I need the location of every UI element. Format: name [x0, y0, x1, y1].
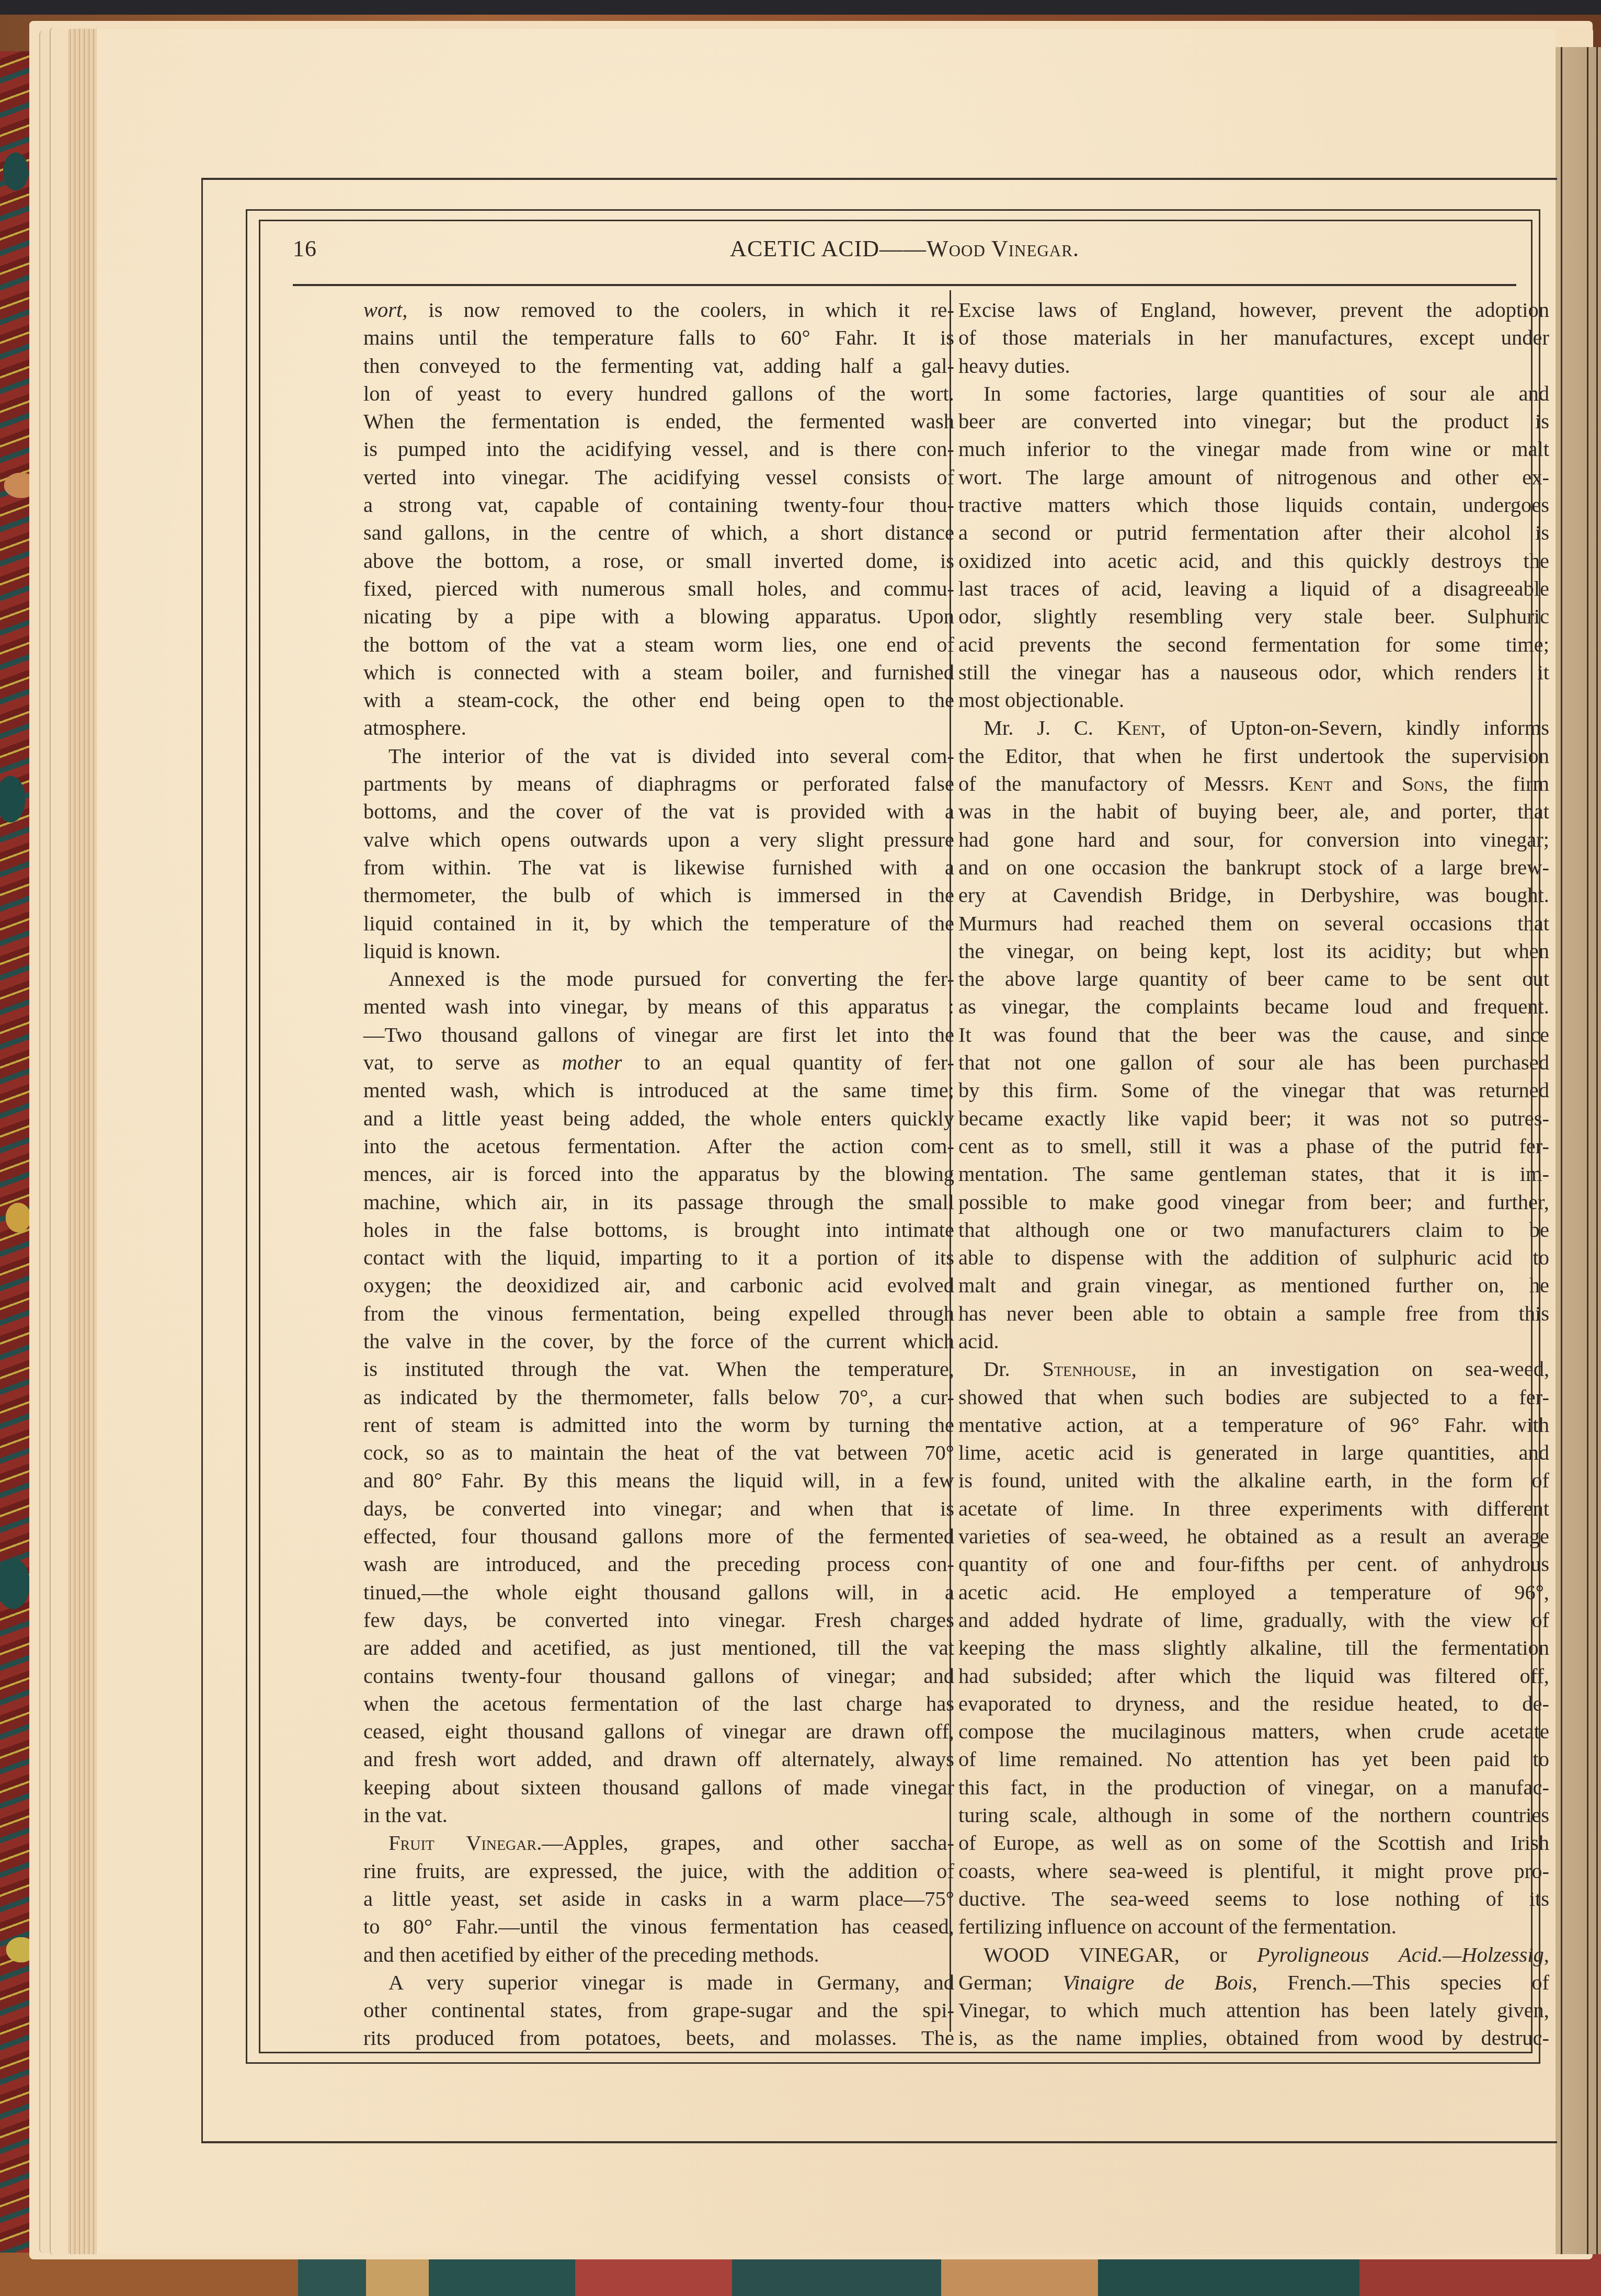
text-line: then conveyed to the fermenting vat, add… [363, 352, 954, 380]
text-line: thermometer, the bulb of which is immers… [363, 881, 954, 909]
italic-text: Vinaigre de Bois [1062, 1971, 1252, 1994]
line-text: —Two thousand gallons of vinegar are fir… [363, 1023, 954, 1047]
line-text: A very superior vinegar is made in Germa… [388, 1971, 954, 1994]
text-line: was in the habit of buying beer, ale, an… [958, 798, 1549, 825]
line-text: and [1332, 772, 1402, 795]
line-text: German; [958, 1971, 1062, 1994]
line-text: had gone hard and sour, for conversion i… [958, 828, 1549, 851]
text-line: that not one gallon of sour ale has been… [958, 1049, 1549, 1076]
text-line: liquid is known. [363, 937, 954, 965]
text-line: that although one or two manufacturers c… [958, 1216, 1549, 1244]
line-text: ery at Cavendish Bridge, in Derbyshire, … [958, 883, 1549, 907]
line-text: coasts, where sea-weed is plentiful, it … [958, 1859, 1549, 1883]
text-line: and fresh wort added, and drawn off alte… [363, 1745, 954, 1773]
line-text: oxidized into acetic acid, and this quic… [958, 549, 1549, 573]
line-text: keeping the mass slightly alkaline, till… [958, 1636, 1549, 1660]
text-line: lime, acetic acid is generated in large … [958, 1439, 1549, 1467]
line-text: rits produced from potatoes, beets, and … [363, 2026, 954, 2050]
running-head-title: ACETIC ACID——Wood Vinegar. [293, 235, 1516, 262]
line-text: rent of steam is admitted into the worm … [363, 1413, 954, 1437]
text-line: able to dispense with the addition of su… [958, 1244, 1549, 1271]
line-text: most objectionable. [958, 688, 1124, 712]
line-text: When the fermentation is ended, the ferm… [363, 410, 954, 433]
line-text: wort. The large amount of nitrogenous an… [958, 465, 1549, 489]
text-line: quantity of one and four-fifths per cent… [958, 1550, 1549, 1578]
line-text: the Editor, that when he first undertook… [958, 744, 1549, 768]
line-text: oxygen; the deoxidized air, and carbonic… [363, 1274, 954, 1297]
italic-text: mother [562, 1051, 622, 1074]
line-text: had subsided; after which the liquid was… [958, 1664, 1549, 1688]
text-line: a second or putrid fermentation after th… [958, 519, 1549, 547]
line-text: mains until the temperature falls to 60°… [363, 326, 954, 349]
line-text: , French.—This species of [1252, 1971, 1549, 1994]
line-text: in the vat. [363, 1803, 448, 1827]
text-line: and a little yeast being added, the whol… [363, 1105, 954, 1132]
text-line: verted into vinegar. The acidifying vess… [363, 463, 954, 491]
text-line: above the bottom, a rose, or small inver… [363, 547, 954, 575]
text-line: odor, slightly resembling very stale bee… [958, 603, 1549, 630]
text-line: cent as to smell, still it was a phase o… [958, 1132, 1549, 1160]
line-text: ceased, eight thousand gallons of vinega… [363, 1720, 954, 1743]
text-line: atmosphere. [363, 714, 954, 742]
text-line: Mr. J. C. Kent, of Upton-on-Severn, kind… [958, 714, 1549, 742]
line-text: that not one gallon of sour ale has been… [958, 1051, 1549, 1074]
text-line: mences, air is forced into the apparatus… [363, 1160, 954, 1188]
small-caps-name: Kent [1289, 772, 1333, 795]
line-text: odor, slightly resembling very stale bee… [958, 605, 1549, 628]
text-line: are added and acetified, as just mention… [363, 1634, 954, 1662]
line-text: and 80° Fahr. By this means the liquid w… [363, 1469, 954, 1492]
text-line: evaporated to dryness, and the residue h… [958, 1690, 1549, 1718]
text-line: ceased, eight thousand gallons of vinega… [363, 1718, 954, 1745]
text-line: liquid contained in it, by which the tem… [363, 910, 954, 937]
text-line: much inferior to the vinegar made from w… [958, 435, 1549, 463]
line-text: Murmurs had reached them on several occa… [958, 912, 1549, 935]
line-text: a second or putrid fermentation after th… [958, 521, 1549, 544]
text-line: mains until the temperature falls to 60°… [363, 324, 954, 351]
line-text: contact with the liquid, imparting to it… [363, 1246, 954, 1269]
line-text: is now removed to the coolers, in which … [407, 298, 954, 322]
line-text: is pumped into the acidifying vessel, an… [363, 437, 954, 461]
line-text: nicating by a pipe with a blowing appara… [363, 605, 954, 628]
line-text: showed that when such bodies are subject… [958, 1385, 1549, 1409]
line-text: beer are converted into vinegar; but the… [958, 410, 1549, 433]
text-line: cock, so as to maintain the heat of the … [363, 1439, 954, 1467]
text-line: In some factories, large quantities of s… [958, 380, 1549, 407]
text-line: has never been able to obtain a sample f… [958, 1300, 1549, 1327]
text-line: of the manufactory of Messrs. Kent and S… [958, 770, 1549, 798]
text-line: ery at Cavendish Bridge, in Derbyshire, … [958, 881, 1549, 909]
line-text: mentation. The same gentleman states, th… [958, 1162, 1549, 1186]
line-text: mentative action, at a temperature of 96… [958, 1413, 1549, 1437]
text-line: showed that when such bodies are subject… [958, 1383, 1549, 1411]
line-text: holes in the false bottoms, is brought i… [363, 1218, 954, 1242]
line-text: a little yeast, set aside in casks in a … [363, 1887, 954, 1911]
text-line: ductive. The sea-weed seems to lose noth… [958, 1885, 1549, 1913]
text-line: fertilizing influence on account of the … [958, 1913, 1549, 1940]
text-line: tinued,—the whole eight thousand gallons… [363, 1578, 954, 1606]
text-line: acid. [958, 1327, 1549, 1355]
text-line: effected, four thousand gallons more of … [363, 1522, 954, 1550]
line-text: the bottom of the vat a steam worm lies,… [363, 633, 954, 656]
line-text: mented wash into vinegar, by means of th… [363, 995, 954, 1018]
text-line: is pumped into the acidifying vessel, an… [363, 435, 954, 463]
text-line: other continental states, from grape-sug… [363, 1996, 954, 2024]
text-line: acid prevents the second fermentation fo… [958, 631, 1549, 658]
text-line: last traces of acid, leaving a liquid of… [958, 575, 1549, 603]
line-text: from within. The vat is likewise furnish… [363, 856, 954, 879]
line-text: was in the habit of buying beer, ale, an… [958, 800, 1549, 823]
line-text: tractive matters which those liquids con… [958, 493, 1549, 517]
text-line: and added hydrate of lime, gradually, wi… [958, 1606, 1549, 1634]
running-head-separator: —— [879, 236, 927, 262]
text-line: tractive matters which those liquids con… [958, 491, 1549, 519]
text-line: It was found that the beer was the cause… [958, 1021, 1549, 1049]
small-caps-name: Sons [1402, 772, 1443, 795]
text-line: mented wash into vinegar, by means of th… [363, 993, 954, 1020]
text-line: days, be converted into vinegar; and whe… [363, 1495, 954, 1522]
line-text: this fact, in the production of vinegar,… [958, 1776, 1549, 1799]
line-text: a strong vat, capable of containing twen… [363, 493, 954, 517]
text-line: Murmurs had reached them on several occa… [958, 910, 1549, 937]
line-text: as vinegar, the complaints became loud a… [958, 995, 1549, 1018]
line-text: acetate of lime. In three experiments wi… [958, 1497, 1549, 1520]
text-line: lon of yeast to every hundred gallons of… [363, 380, 954, 407]
line-text: It was found that the beer was the cause… [958, 1023, 1549, 1047]
text-line: a little yeast, set aside in casks in a … [363, 1885, 954, 1913]
italic-text: Pyroligneous Acid.—Holzessig [1257, 1943, 1544, 1967]
line-text: WOOD VINEGAR, or [984, 1943, 1257, 1967]
text-line: turing scale, although in some of the no… [958, 1801, 1549, 1829]
text-line: varieties of sea-weed, he obtained as a … [958, 1522, 1549, 1550]
text-line: acetate of lime. In three experiments wi… [958, 1495, 1549, 1522]
line-text: quantity of one and four-fifths per cent… [958, 1552, 1549, 1576]
line-text: rine fruits, are expressed, the juice, w… [363, 1859, 954, 1883]
line-text: liquid contained in it, by which the tem… [363, 912, 954, 935]
text-line: Annexed is the mode pursued for converti… [363, 965, 954, 993]
text-line: vat, to serve as mother to an equal quan… [363, 1049, 954, 1076]
running-head-suffix: Wood Vinegar. [927, 236, 1079, 262]
text-line: sand gallons, in the centre of which, a … [363, 519, 954, 547]
line-text: atmosphere. [363, 716, 466, 740]
text-line: most objectionable. [958, 686, 1549, 714]
line-text: by this firm. Some of the vinegar that w… [958, 1078, 1549, 1102]
line-text: valve which opens outwards upon a very s… [363, 828, 954, 851]
line-text: Dr. [984, 1357, 1042, 1381]
line-text: last traces of acid, leaving a liquid of… [958, 577, 1549, 600]
text-column-left: wort, is now removed to the coolers, in … [363, 296, 954, 2052]
line-text: bottoms, and the cover of the vat is pro… [363, 800, 954, 823]
line-text: and fresh wort added, and drawn off alte… [363, 1747, 954, 1771]
text-line: fixed, pierced with numerous small holes… [363, 575, 954, 603]
text-line: coasts, where sea-weed is plentiful, it … [958, 1857, 1549, 1885]
line-text: tinued,—the whole eight thousand gallons… [363, 1581, 954, 1604]
line-text: thermometer, the bulb of which is immers… [363, 883, 954, 907]
text-line: a strong vat, capable of containing twen… [363, 491, 954, 519]
text-line: —Two thousand gallons of vinegar are fir… [363, 1021, 954, 1049]
text-line: valve which opens outwards upon a very s… [363, 826, 954, 854]
text-line: possible to make good vinegar from beer;… [958, 1188, 1549, 1216]
next-page-frame-rule [1596, 47, 1598, 2254]
text-line: wash are introduced, and the preceding p… [363, 1550, 954, 1578]
next-page-frame-rule [1561, 47, 1562, 2254]
line-text: much inferior to the vinegar made from w… [958, 437, 1549, 461]
line-text: is instituted through the vat. When the … [363, 1357, 954, 1381]
text-line: into the acetous fermentation. After the… [363, 1132, 954, 1160]
line-text: ductive. The sea-weed seems to lose noth… [958, 1887, 1549, 1911]
line-text: of those materials in her manufactures, … [958, 326, 1549, 349]
text-line: from the vinous fermentation, being expe… [363, 1300, 954, 1327]
text-line: and then acetified by either of the prec… [363, 1941, 954, 1969]
line-text: keeping about sixteen thousand gallons o… [363, 1776, 954, 1799]
line-text: , the firm [1443, 772, 1549, 795]
text-line: when the acetous fermentation of the las… [363, 1690, 954, 1718]
text-line: rits produced from potatoes, beets, and … [363, 2024, 954, 2052]
line-text: are added and acetified, as just mention… [363, 1636, 954, 1660]
line-text: the valve in the cover, by the force of … [363, 1329, 954, 1353]
text-line: with a steam-cock, the other end being o… [363, 686, 954, 714]
text-line: had gone hard and sour, for conversion i… [958, 826, 1549, 854]
text-line: which is connected with a steam boiler, … [363, 658, 954, 686]
text-line: and 80° Fahr. By this means the liquid w… [363, 1467, 954, 1494]
page-fore-edges [68, 29, 97, 2254]
text-line: bottoms, and the cover of the vat is pro… [363, 798, 954, 825]
text-line: had subsided; after which the liquid was… [958, 1662, 1549, 1690]
line-text: vat, to serve as [363, 1051, 562, 1074]
line-text: compose the mucilaginous matters, when c… [958, 1720, 1549, 1743]
line-text: days, be converted into vinegar; and whe… [363, 1497, 954, 1520]
text-line: still the vinegar has a nauseous odor, w… [958, 658, 1549, 686]
line-text: fixed, pierced with numerous small holes… [363, 577, 954, 600]
line-text: the vinegar, on being kept, lost its aci… [958, 939, 1549, 963]
italic-text: wort, [363, 298, 407, 322]
line-text: evaporated to dryness, and the residue h… [958, 1692, 1549, 1715]
text-line: from within. The vat is likewise furnish… [363, 854, 954, 881]
line-text: when the acetous fermentation of the las… [363, 1692, 954, 1715]
line-text: and on one occasion the bankrupt stock o… [958, 856, 1549, 879]
line-text: into the acetous fermentation. After the… [363, 1134, 954, 1158]
text-line: as vinegar, the complaints became loud a… [958, 993, 1549, 1020]
line-text: as indicated by the thermometer, falls b… [363, 1385, 954, 1409]
line-text: cock, so as to maintain the heat of the … [363, 1441, 954, 1464]
text-line: the bottom of the vat a steam worm lies,… [363, 631, 954, 658]
text-line: by this firm. Some of the vinegar that w… [958, 1076, 1549, 1104]
text-line: Dr. Stenhouse, in an investigation on se… [958, 1355, 1549, 1383]
text-line: is instituted through the vat. When the … [363, 1355, 954, 1383]
text-line: few days, be converted into vinegar. Fre… [363, 1606, 954, 1634]
text-line: compose the mucilaginous matters, when c… [958, 1718, 1549, 1745]
line-text: with a steam-cock, the other end being o… [363, 688, 954, 712]
text-line: holes in the false bottoms, is brought i… [363, 1216, 954, 1244]
line-text: turing scale, although in some of the no… [958, 1803, 1549, 1827]
text-line: of those materials in her manufactures, … [958, 324, 1549, 351]
text-line: Fruit Vinegar.—Apples, grapes, and other… [363, 1829, 954, 1857]
book-cloth-strip [0, 0, 1601, 15]
line-text: varieties of sea-weed, he obtained as a … [958, 1525, 1549, 1548]
line-text: verted into vinegar. The acidifying vess… [363, 465, 954, 489]
line-text: then conveyed to the fermenting vat, add… [363, 354, 954, 378]
line-text: In some factories, large quantities of s… [984, 382, 1549, 405]
text-line: malt and grain vinegar, as mentioned fur… [958, 1271, 1549, 1299]
line-text: acetic acid. He employed a temperature o… [958, 1581, 1549, 1604]
text-line: is, as the name implies, obtained from w… [958, 2024, 1549, 2052]
text-line: to 80° Fahr.—until the vinous fermentati… [363, 1913, 954, 1940]
text-line: A very superior vinegar is made in Germa… [363, 1969, 954, 1996]
text-line: and on one occasion the bankrupt stock o… [958, 854, 1549, 881]
text-line: WOOD VINEGAR, or Pyroligneous Acid.—Holz… [958, 1941, 1549, 1969]
text-line: rine fruits, are expressed, the juice, w… [363, 1857, 954, 1885]
line-text: acid prevents the second fermentation fo… [958, 633, 1549, 656]
line-text: is found, united with the alkaline earth… [958, 1469, 1549, 1492]
line-text: from the vinous fermentation, being expe… [363, 1302, 954, 1325]
text-line: wort, is now removed to the coolers, in … [363, 296, 954, 324]
line-text: Excise laws of England, however, prevent… [958, 298, 1549, 322]
line-text: able to dispense with the addition of su… [958, 1246, 1549, 1269]
text-line: mentation. The same gentleman states, th… [958, 1160, 1549, 1188]
line-text: above the bottom, a rose, or small inver… [363, 549, 954, 573]
text-line: of lime remained. No attention has yet b… [958, 1745, 1549, 1773]
line-text: wash are introduced, and the preceding p… [363, 1552, 954, 1576]
text-line: The interior of the vat is divided into … [363, 742, 954, 770]
line-text: , [1544, 1943, 1549, 1967]
line-text: effected, four thousand gallons more of … [363, 1525, 954, 1548]
running-head: 16 ACETIC ACID——Wood Vinegar. [293, 235, 1516, 288]
small-caps-heading: Fruit Vinegar. [388, 1831, 542, 1855]
line-text: liquid is known. [363, 939, 500, 963]
text-line: heavy duties. [958, 352, 1549, 380]
line-text: The interior of the vat is divided into … [388, 744, 954, 768]
text-line: oxidized into acetic acid, and this quic… [958, 547, 1549, 575]
text-line: German; Vinaigre de Bois, French.—This s… [958, 1969, 1549, 1996]
line-text: of Europe, as well as on some of the Sco… [958, 1831, 1549, 1855]
line-text: cent as to smell, still it was a phase o… [958, 1134, 1549, 1158]
line-text: has never been able to obtain a sample f… [958, 1302, 1549, 1325]
line-text: sand gallons, in the centre of which, a … [363, 521, 954, 544]
text-line: partments by means of diaphragms or perf… [363, 770, 954, 798]
line-text: is, as the name implies, obtained from w… [958, 2026, 1549, 2050]
line-text: partments by means of diaphragms or perf… [363, 772, 954, 795]
line-text: to 80° Fahr.—until the vinous fermentati… [363, 1915, 954, 1938]
line-text: acid. [958, 1329, 999, 1353]
line-text: few days, be converted into vinegar. Fre… [363, 1608, 954, 1632]
text-line: wort. The large amount of nitrogenous an… [958, 463, 1549, 491]
text-line: rent of steam is admitted into the worm … [363, 1411, 954, 1439]
text-line: this fact, in the production of vinegar,… [958, 1774, 1549, 1801]
text-line: keeping about sixteen thousand gallons o… [363, 1774, 954, 1801]
text-line: contact with the liquid, imparting to it… [363, 1244, 954, 1271]
line-text: contains twenty-four thousand gallons of… [363, 1664, 954, 1688]
text-line: the above large quantity of beer came to… [958, 965, 1549, 993]
text-line: in the vat. [363, 1801, 954, 1829]
line-text: lime, acetic acid is generated in large … [958, 1441, 1549, 1464]
text-column-right: Excise laws of England, however, prevent… [958, 296, 1549, 2052]
text-line: mented wash, which is introduced at the … [363, 1076, 954, 1104]
text-line: machine, which air, in its passage throu… [363, 1188, 954, 1216]
line-text: of lime remained. No attention has yet b… [958, 1747, 1549, 1771]
line-text: , of Upton-on-Severn, kindly informs [1160, 716, 1549, 740]
line-text: still the vinegar has a nauseous odor, w… [958, 661, 1549, 684]
next-page-edge [1556, 47, 1601, 2254]
text-line: of Europe, as well as on some of the Sco… [958, 1829, 1549, 1857]
line-text: other continental states, from grape-sug… [363, 1998, 954, 2022]
line-text: heavy duties. [958, 354, 1070, 378]
text-line: is found, united with the alkaline earth… [958, 1467, 1549, 1494]
line-text: , in an investigation on sea-weed, [1131, 1357, 1549, 1381]
text-line: oxygen; the deoxidized air, and carbonic… [363, 1271, 954, 1299]
text-line: Excise laws of England, however, prevent… [958, 296, 1549, 324]
line-text: Vinegar, to which much attention has bee… [958, 1998, 1549, 2022]
line-text: fertilizing influence on account of the … [958, 1915, 1397, 1938]
line-text: and then acetified by either of the prec… [363, 1943, 819, 1967]
text-line: mentative action, at a temperature of 96… [958, 1411, 1549, 1439]
line-text: became exactly like vapid beer; it was n… [958, 1107, 1549, 1130]
text-line: the Editor, that when he first undertook… [958, 742, 1549, 770]
line-text: the above large quantity of beer came to… [958, 967, 1549, 991]
line-text: machine, which air, in its passage throu… [363, 1190, 954, 1214]
text-line: as indicated by the thermometer, falls b… [363, 1383, 954, 1411]
text-line: Vinegar, to which much attention has bee… [958, 1996, 1549, 2024]
line-text: Mr. J. C. [984, 716, 1117, 740]
line-text: and a little yeast being added, the whol… [363, 1107, 954, 1130]
text-line: keeping the mass slightly alkaline, till… [958, 1634, 1549, 1662]
line-text: mented wash, which is introduced at the … [363, 1078, 954, 1102]
line-text: which is connected with a steam boiler, … [363, 661, 954, 684]
next-page-frame-rule [1587, 47, 1588, 2254]
text-line: the valve in the cover, by the force of … [363, 1327, 954, 1355]
line-text: that although one or two manufacturers c… [958, 1218, 1549, 1242]
line-text: lon of yeast to every hundred gallons of… [363, 382, 954, 405]
small-caps-name: Stenhouse [1042, 1357, 1131, 1381]
line-text: mences, air is forced into the apparatus… [363, 1162, 954, 1186]
text-line: beer are converted into vinegar; but the… [958, 407, 1549, 435]
line-text: of the manufactory of Messrs. [958, 772, 1289, 795]
text-line: When the fermentation is ended, the ferm… [363, 407, 954, 435]
running-head-rule [293, 284, 1516, 286]
text-line: became exactly like vapid beer; it was n… [958, 1105, 1549, 1132]
line-text: and added hydrate of lime, gradually, wi… [958, 1608, 1549, 1632]
line-text: malt and grain vinegar, as mentioned fur… [958, 1274, 1549, 1297]
text-line: the vinegar, on being kept, lost its aci… [958, 937, 1549, 965]
small-caps-name: Kent [1117, 716, 1161, 740]
line-text: to an equal quantity of fer- [622, 1051, 954, 1074]
text-line: nicating by a pipe with a blowing appara… [363, 603, 954, 630]
running-head-prefix: ACETIC ACID [730, 236, 879, 262]
text-line: acetic acid. He employed a temperature o… [958, 1578, 1549, 1606]
line-text: —Apples, grapes, and other saccha- [542, 1831, 954, 1855]
line-text: possible to make good vinegar from beer;… [958, 1190, 1549, 1214]
text-line: contains twenty-four thousand gallons of… [363, 1662, 954, 1690]
line-text: Annexed is the mode pursued for converti… [388, 967, 954, 991]
